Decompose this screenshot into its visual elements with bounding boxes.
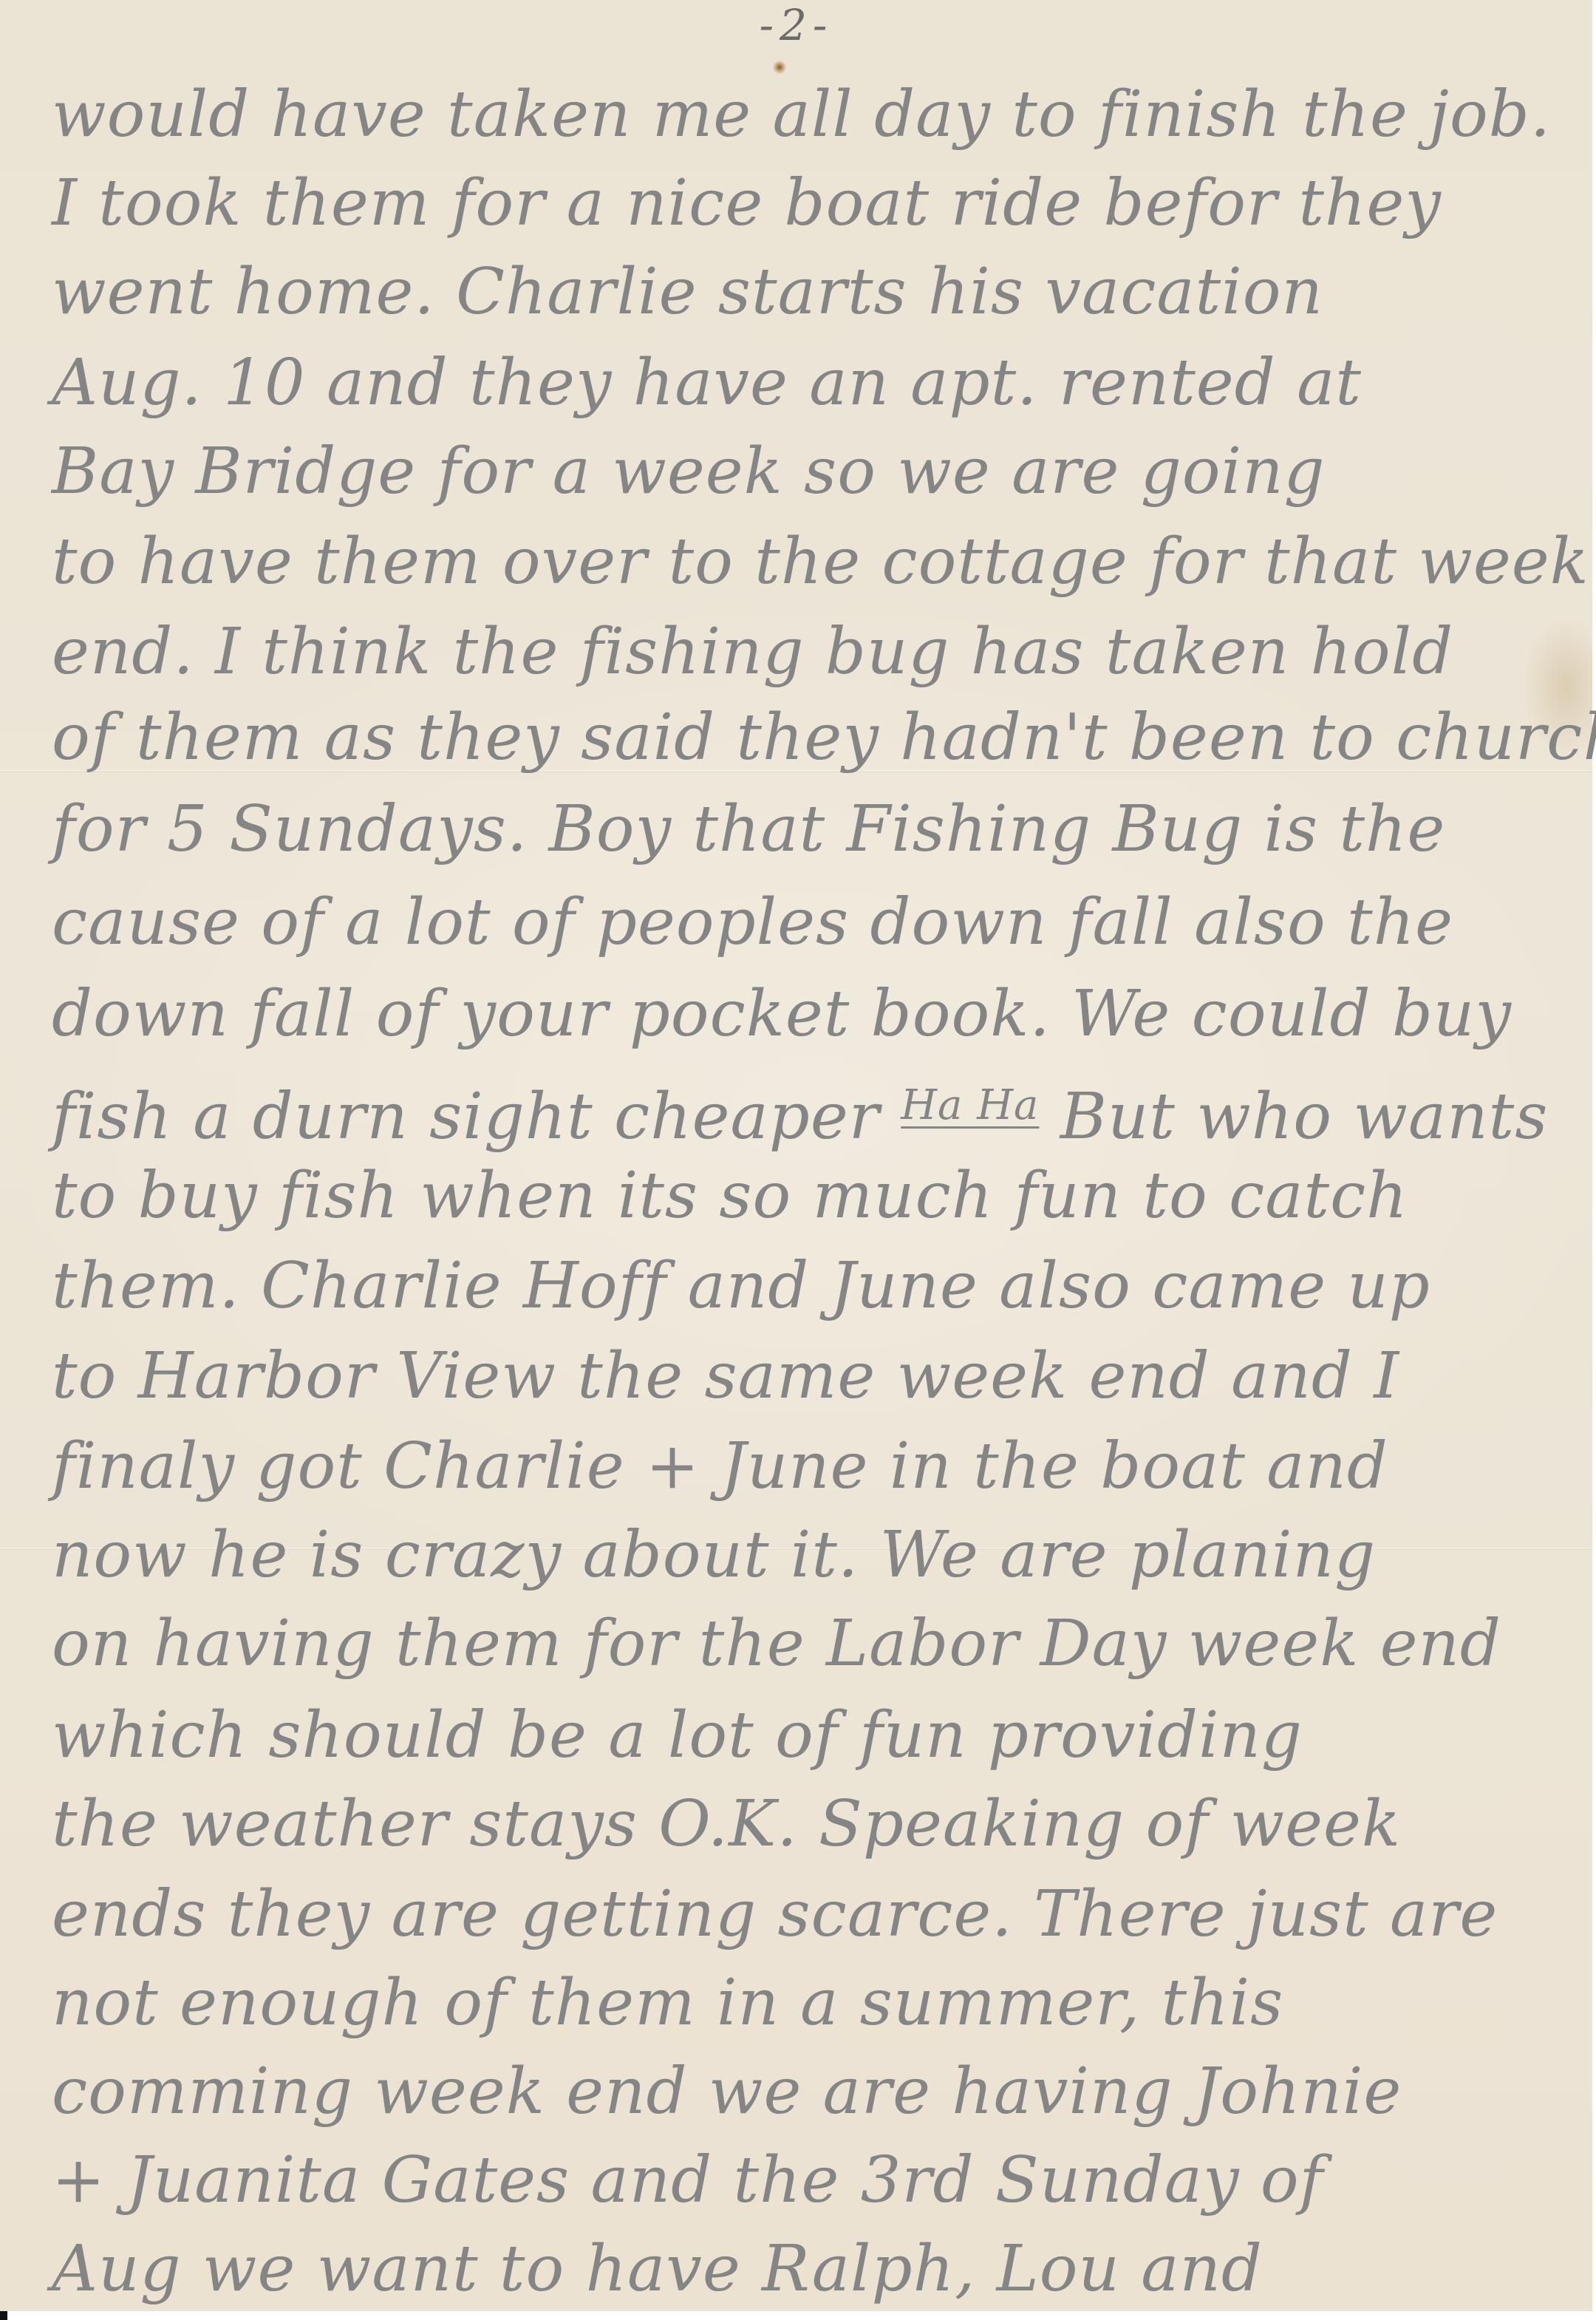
letter-line-2: I took them for a nice boat ride befor t…: [52, 159, 1544, 248]
letter-line-20: the weather stays O.K. Speaking of week: [52, 1780, 1544, 1868]
letter-line-9: for 5 Sundays. Boy that Fishing Bug is t…: [52, 785, 1544, 874]
letter-line-7: end. I think the fishing bug has taken h…: [52, 608, 1544, 696]
letter-line-6: to have them over to the cottage for tha…: [52, 517, 1544, 606]
letter-line-23: comming week end we are having Johnie: [52, 2047, 1544, 2136]
letter-line-14: them. Charlie Hoff and June also came up: [52, 1242, 1544, 1330]
letter-line-19: which should be a lot of fun providing: [52, 1691, 1544, 1780]
letter-line-17: now he is crazy about it. We are planing: [52, 1511, 1544, 1599]
letter-line-13: to buy fish when its so much fun to catc…: [52, 1152, 1544, 1240]
letter-line-3: went home. Charlie starts his vacation: [52, 248, 1544, 336]
letter-line-18: on having them for the Labor Day week en…: [52, 1599, 1544, 1688]
line-12-text: fish a durn sight cheaper: [52, 1080, 880, 1154]
letter-line-16: finaly got Charlie + June in the boat an…: [52, 1422, 1544, 1511]
letter-line-22: not enough of them in a summer, this: [52, 1959, 1544, 2047]
ha-ha-underlined: Ha Ha: [901, 1081, 1039, 1129]
letter-line-8: of them as they said they hadn't been to…: [52, 693, 1544, 782]
letter-line-24: + Juanita Gates and the 3rd Sunday of: [52, 2136, 1544, 2225]
letter-line-10: cause of a lot of peoples down fall also…: [52, 878, 1544, 967]
letter-line-21: ends they are getting scarce. There just…: [52, 1870, 1544, 1959]
letter-page: -2- would have taken me all day to finis…: [0, 0, 1592, 2311]
letter-line-11: down fall of your pocket book. We could …: [52, 970, 1544, 1058]
page-number: -2-: [0, 0, 1592, 50]
line-12-rest: But who wants: [1060, 1080, 1549, 1154]
letter-line-4: Aug. 10 and they have an apt. rented at: [52, 339, 1544, 427]
letter-line-5: Bay Bridge for a week so we are going: [52, 427, 1544, 516]
scan-corner-mark: [0, 2311, 7, 2320]
letter-line-25: Aug we want to have Ralph, Lou and: [52, 2225, 1544, 2313]
letter-line-15: to Harbor View the same week end and I: [52, 1332, 1544, 1421]
letter-line-1: would have taken me all day to finish th…: [52, 70, 1544, 159]
letter-line-12: fish a durn sight cheaper Ha Ha But who …: [52, 1061, 1544, 1150]
